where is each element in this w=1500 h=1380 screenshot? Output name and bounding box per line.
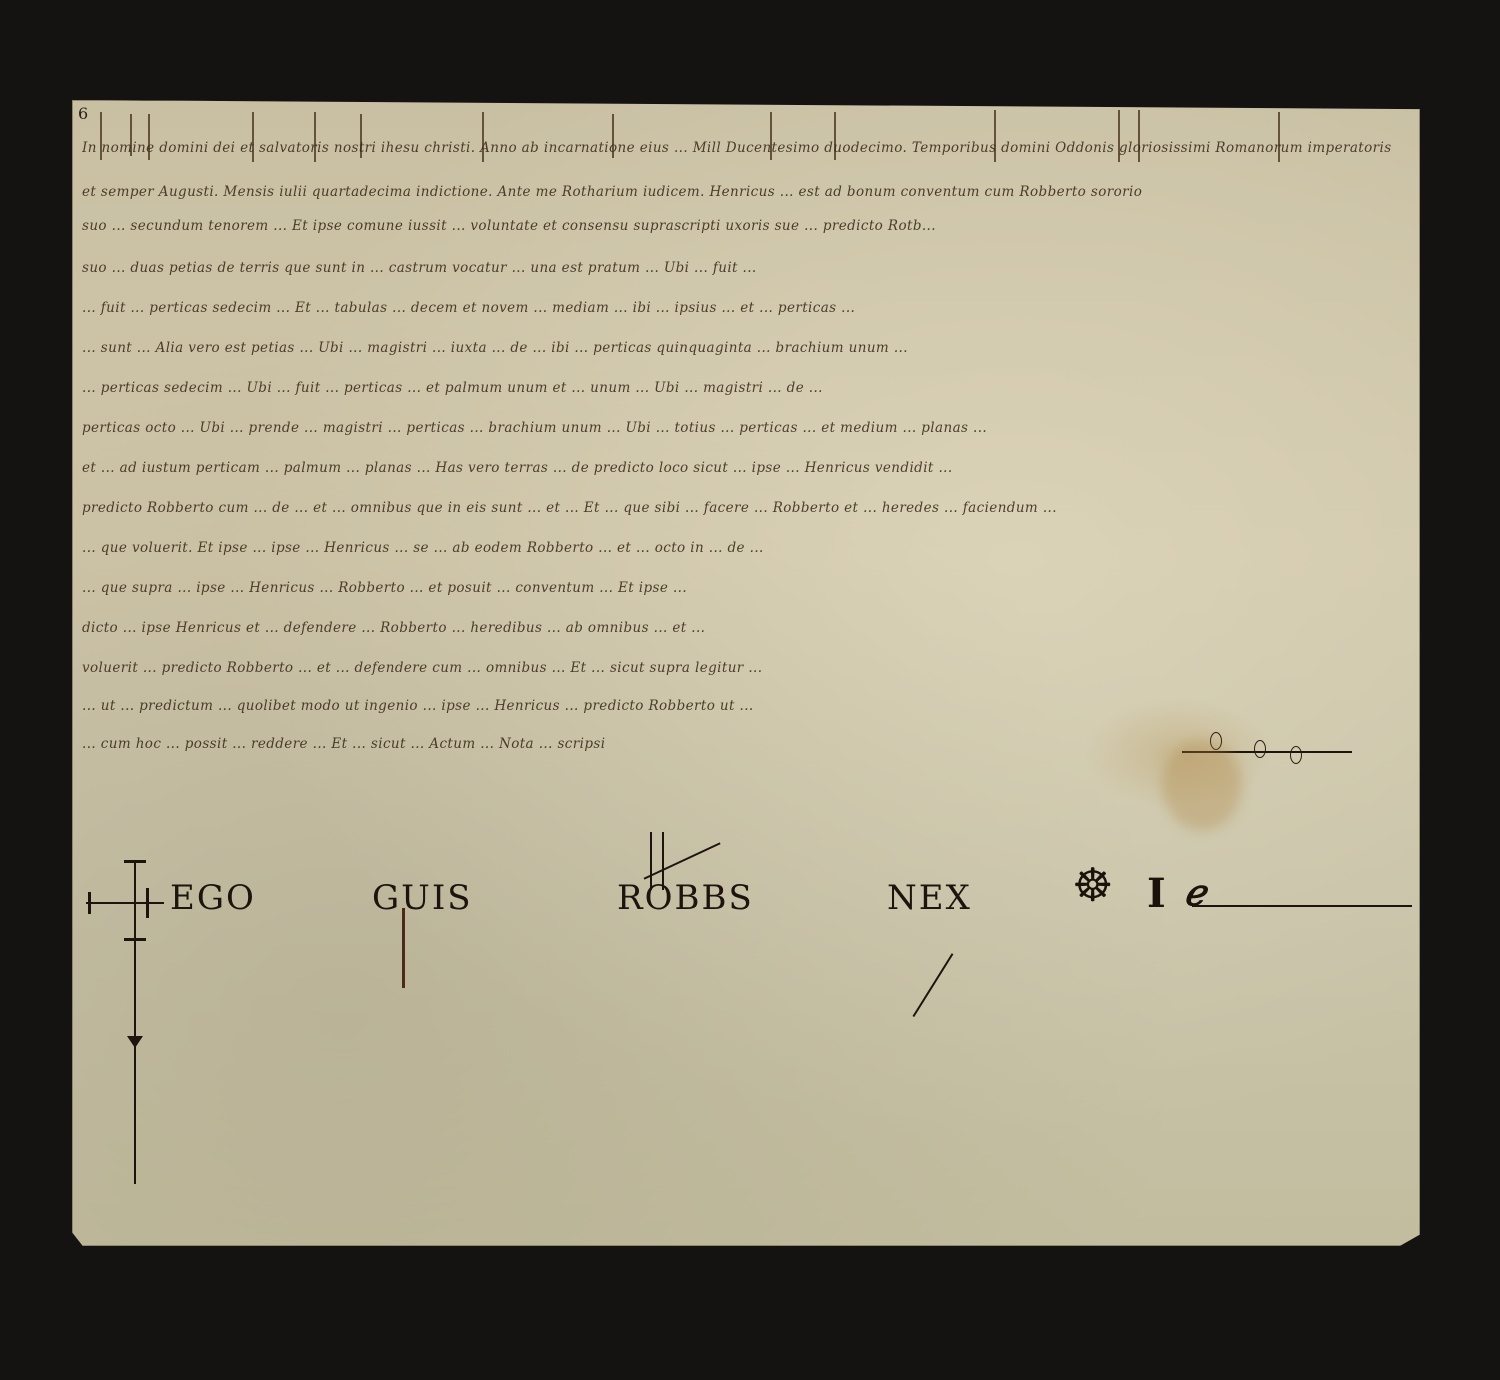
subscription-word-guis: GUIS bbox=[372, 878, 473, 918]
subscription-word-ego: EGO bbox=[170, 878, 256, 918]
descender-stroke bbox=[913, 953, 954, 1017]
text-line: et semper Augusti. Mensis iulii quartade… bbox=[82, 184, 1412, 214]
text-line: ... sunt ... Alia vero est petias ... Ub… bbox=[82, 340, 1412, 370]
water-stain bbox=[1162, 740, 1242, 830]
monogram-letter-icon: Ⅰ bbox=[1147, 870, 1166, 917]
flourish-loop bbox=[1254, 740, 1266, 758]
text-line: ... que voluerit. Et ipse ... ipse ... H… bbox=[82, 540, 1412, 570]
charter-text-block: In nomine domini dei et salvatoris nostr… bbox=[82, 100, 1412, 760]
text-line: predicto Robberto cum ... de ... et ... … bbox=[82, 500, 1412, 530]
text-line: suo ... secundum tenorem ... Et ipse com… bbox=[82, 218, 1412, 248]
text-line: et ... ad iustum perticam ... palmum ...… bbox=[82, 460, 1412, 490]
text-line: ... perticas sedecim ... Ubi ... fuit ..… bbox=[82, 380, 1412, 410]
text-line: In nomine domini dei et salvatoris nostr… bbox=[82, 140, 1412, 170]
text-line: ... ut ... predictum ... quolibet modo u… bbox=[82, 698, 1412, 728]
parchment-charter: 6 In nomine domini dei et salvatoris nos… bbox=[72, 100, 1420, 1246]
subscription-word-robbs: ROBBS bbox=[617, 878, 754, 918]
text-line: ... cum hoc ... possit ... reddere ... E… bbox=[82, 736, 1122, 766]
notarial-monogram-icon: ☸ bbox=[1072, 858, 1113, 912]
text-line: suo ... duas petias de terris que sunt i… bbox=[82, 260, 1412, 290]
ascender-stroke bbox=[650, 832, 652, 890]
text-line: dicto ... ipse Henricus et ... defendere… bbox=[82, 620, 1412, 650]
monogram-flourish-icon: ℯ bbox=[1184, 872, 1205, 914]
text-line: ... fuit ... perticas sedecim ... Et ...… bbox=[82, 300, 1412, 330]
descender-stroke bbox=[402, 908, 405, 988]
subscription-word-nex: NEX bbox=[887, 878, 972, 918]
ascender-stroke bbox=[662, 832, 664, 890]
flourish-loop bbox=[1290, 746, 1302, 764]
abbreviation-stroke bbox=[644, 842, 721, 879]
text-line: voluerit ... predicto Robberto ... et ..… bbox=[82, 660, 1412, 690]
text-line: ... que supra ... ipse ... Henricus ... … bbox=[82, 580, 1412, 610]
monogram-line bbox=[1192, 905, 1412, 907]
text-line: perticas octo ... Ubi ... prende ... mag… bbox=[82, 420, 1412, 450]
